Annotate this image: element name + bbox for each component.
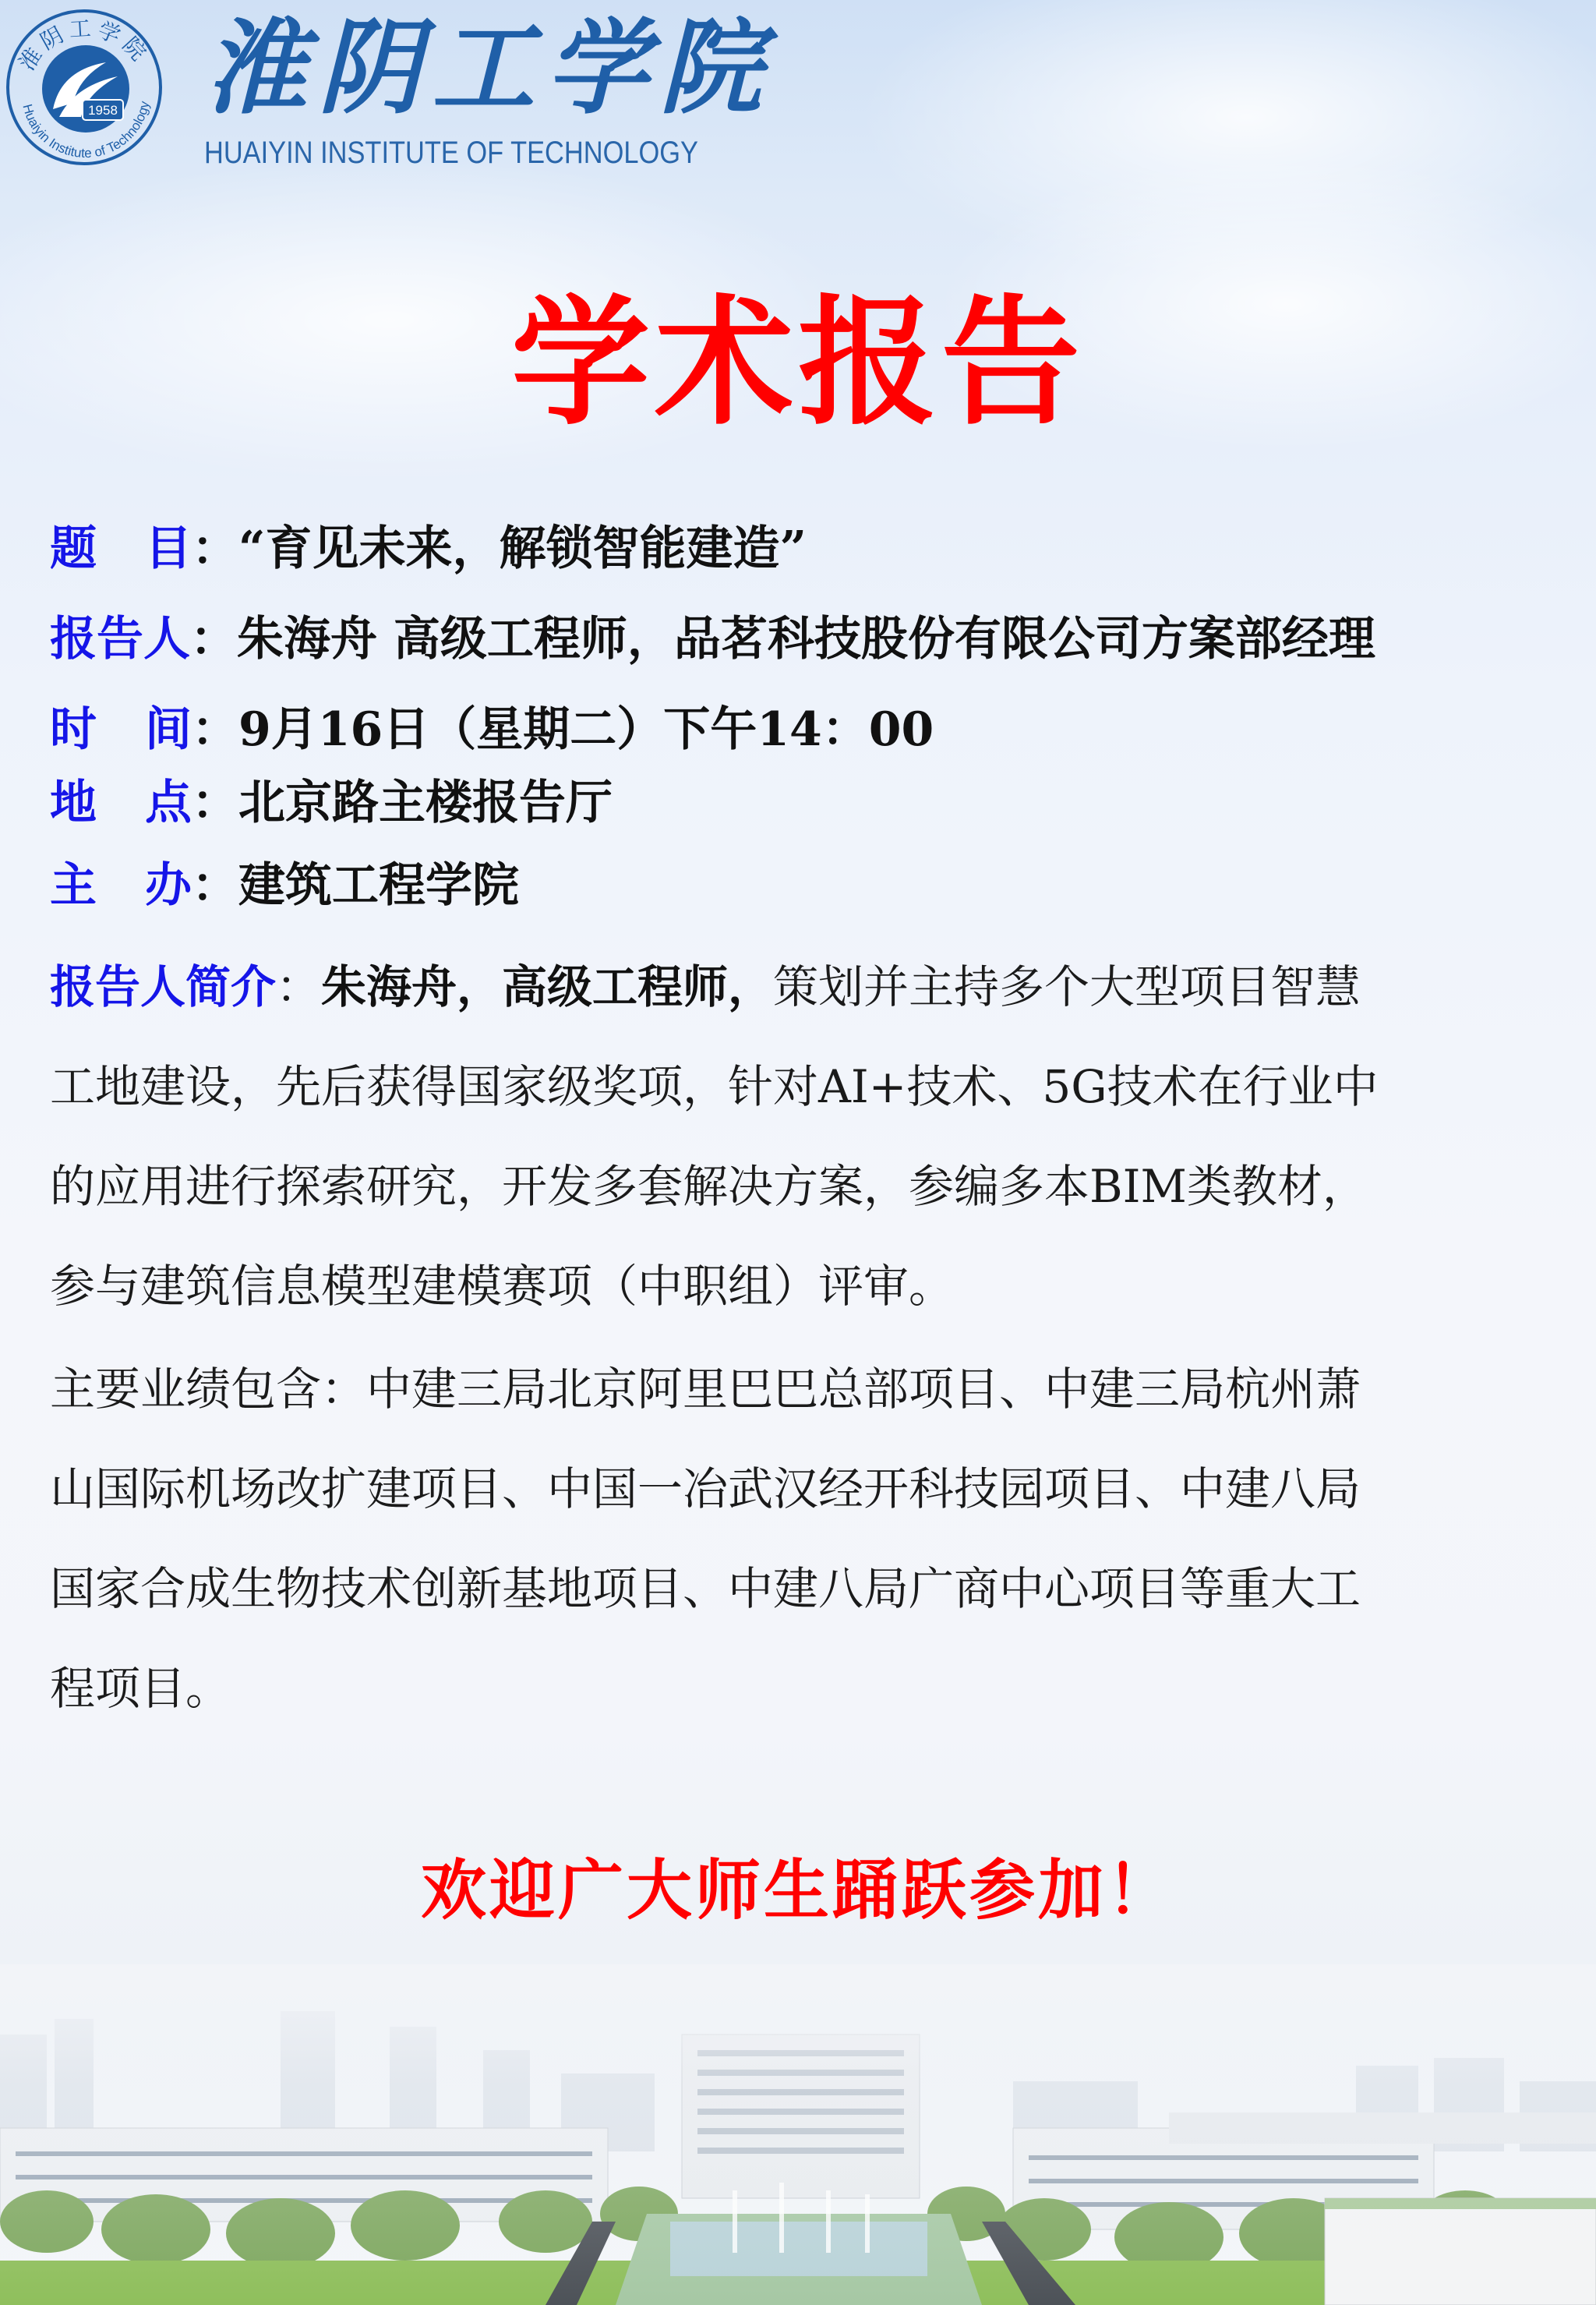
achievements-line: 山国际机场改扩建项目、中国一冶武汉经开科技园项目、中建八局 xyxy=(50,1439,1515,1539)
bio-text: 策划并主持多个大型项目智慧 xyxy=(773,960,1361,1013)
info-row-host: 主办：建筑工程学院 xyxy=(50,862,519,909)
time-value: 9月16日（星期二）下午14：00 xyxy=(238,702,934,757)
bio-line: 工地建设，先后获得国家级奖项，针对AI+技术、5G技术在行业中 xyxy=(50,1037,1515,1137)
colon: ： xyxy=(192,776,238,830)
svg-text:1958: 1958 xyxy=(88,103,118,118)
speaker-label: 报告人 xyxy=(50,616,190,663)
page-title: 学术报告 xyxy=(0,287,1596,440)
colon: ： xyxy=(190,612,237,666)
welcome-message: 欢迎广大师生踊跃参加！ xyxy=(0,1838,1596,1932)
info-row-topic: 题目：“育见未来，解锁智能建造” xyxy=(50,525,807,572)
speaker-bio: 报告人简介：朱海舟，高级工程师，策划并主持多个大型项目智慧 工地建设，先后获得国… xyxy=(50,937,1515,1336)
colon: ： xyxy=(192,521,238,576)
achievements-line: 国家合成生物技术创新基地项目、中建八局广商中心项目等重大工 xyxy=(50,1539,1515,1639)
school-name-cn: 淮阴工学院 xyxy=(204,17,773,120)
host-value: 建筑工程学院 xyxy=(238,858,519,913)
bio-bold-intro: 朱海舟，高级工程师， xyxy=(321,960,773,1013)
speaker-value: 朱海舟 高级工程师，品茗科技股份有限公司方案部经理 xyxy=(237,612,1375,666)
topic-value: “育见未来，解锁智能建造” xyxy=(238,521,807,576)
school-seal-logo: 1958 Huaiyin Institute of Technology 淮阴工… xyxy=(5,8,164,167)
bio-line: 报告人简介：朱海舟，高级工程师，策划并主持多个大型项目智慧 xyxy=(50,937,1515,1037)
info-row-speaker: 报告人：朱海舟 高级工程师，品茗科技股份有限公司方案部经理 xyxy=(50,616,1375,663)
colon: ： xyxy=(192,858,238,913)
achievements-line: 程项目。 xyxy=(50,1639,1515,1738)
info-row-location: 地点：北京路主楼报告厅 xyxy=(50,780,613,826)
bio-line: 的应用进行探索研究，开发多套解决方案，参编多本BIM类教材， xyxy=(50,1137,1515,1236)
info-row-time: 时间：9月16日（星期二）下午14：00 xyxy=(50,706,934,753)
achievements: 主要业绩包含：中建三局北京阿里巴巴总部项目、中建三局杭州萧 山国际机场改扩建项目… xyxy=(50,1339,1515,1738)
school-name-en: HUAIYIN INSTITUTE OF TECHNOLOGY xyxy=(204,137,698,168)
location-value: 北京路主楼报告厅 xyxy=(238,776,613,830)
achievements-line: 主要业绩包含：中建三局北京阿里巴巴总部项目、中建三局杭州萧 xyxy=(50,1339,1515,1439)
bio-label: 报告人简介 xyxy=(50,960,276,1013)
bio-line: 参与建筑信息模型建模赛项（中职组）评审。 xyxy=(50,1236,1515,1336)
colon: ： xyxy=(276,960,321,1013)
colon: ： xyxy=(192,702,238,757)
campus-aerial-photo xyxy=(0,1964,1596,2305)
